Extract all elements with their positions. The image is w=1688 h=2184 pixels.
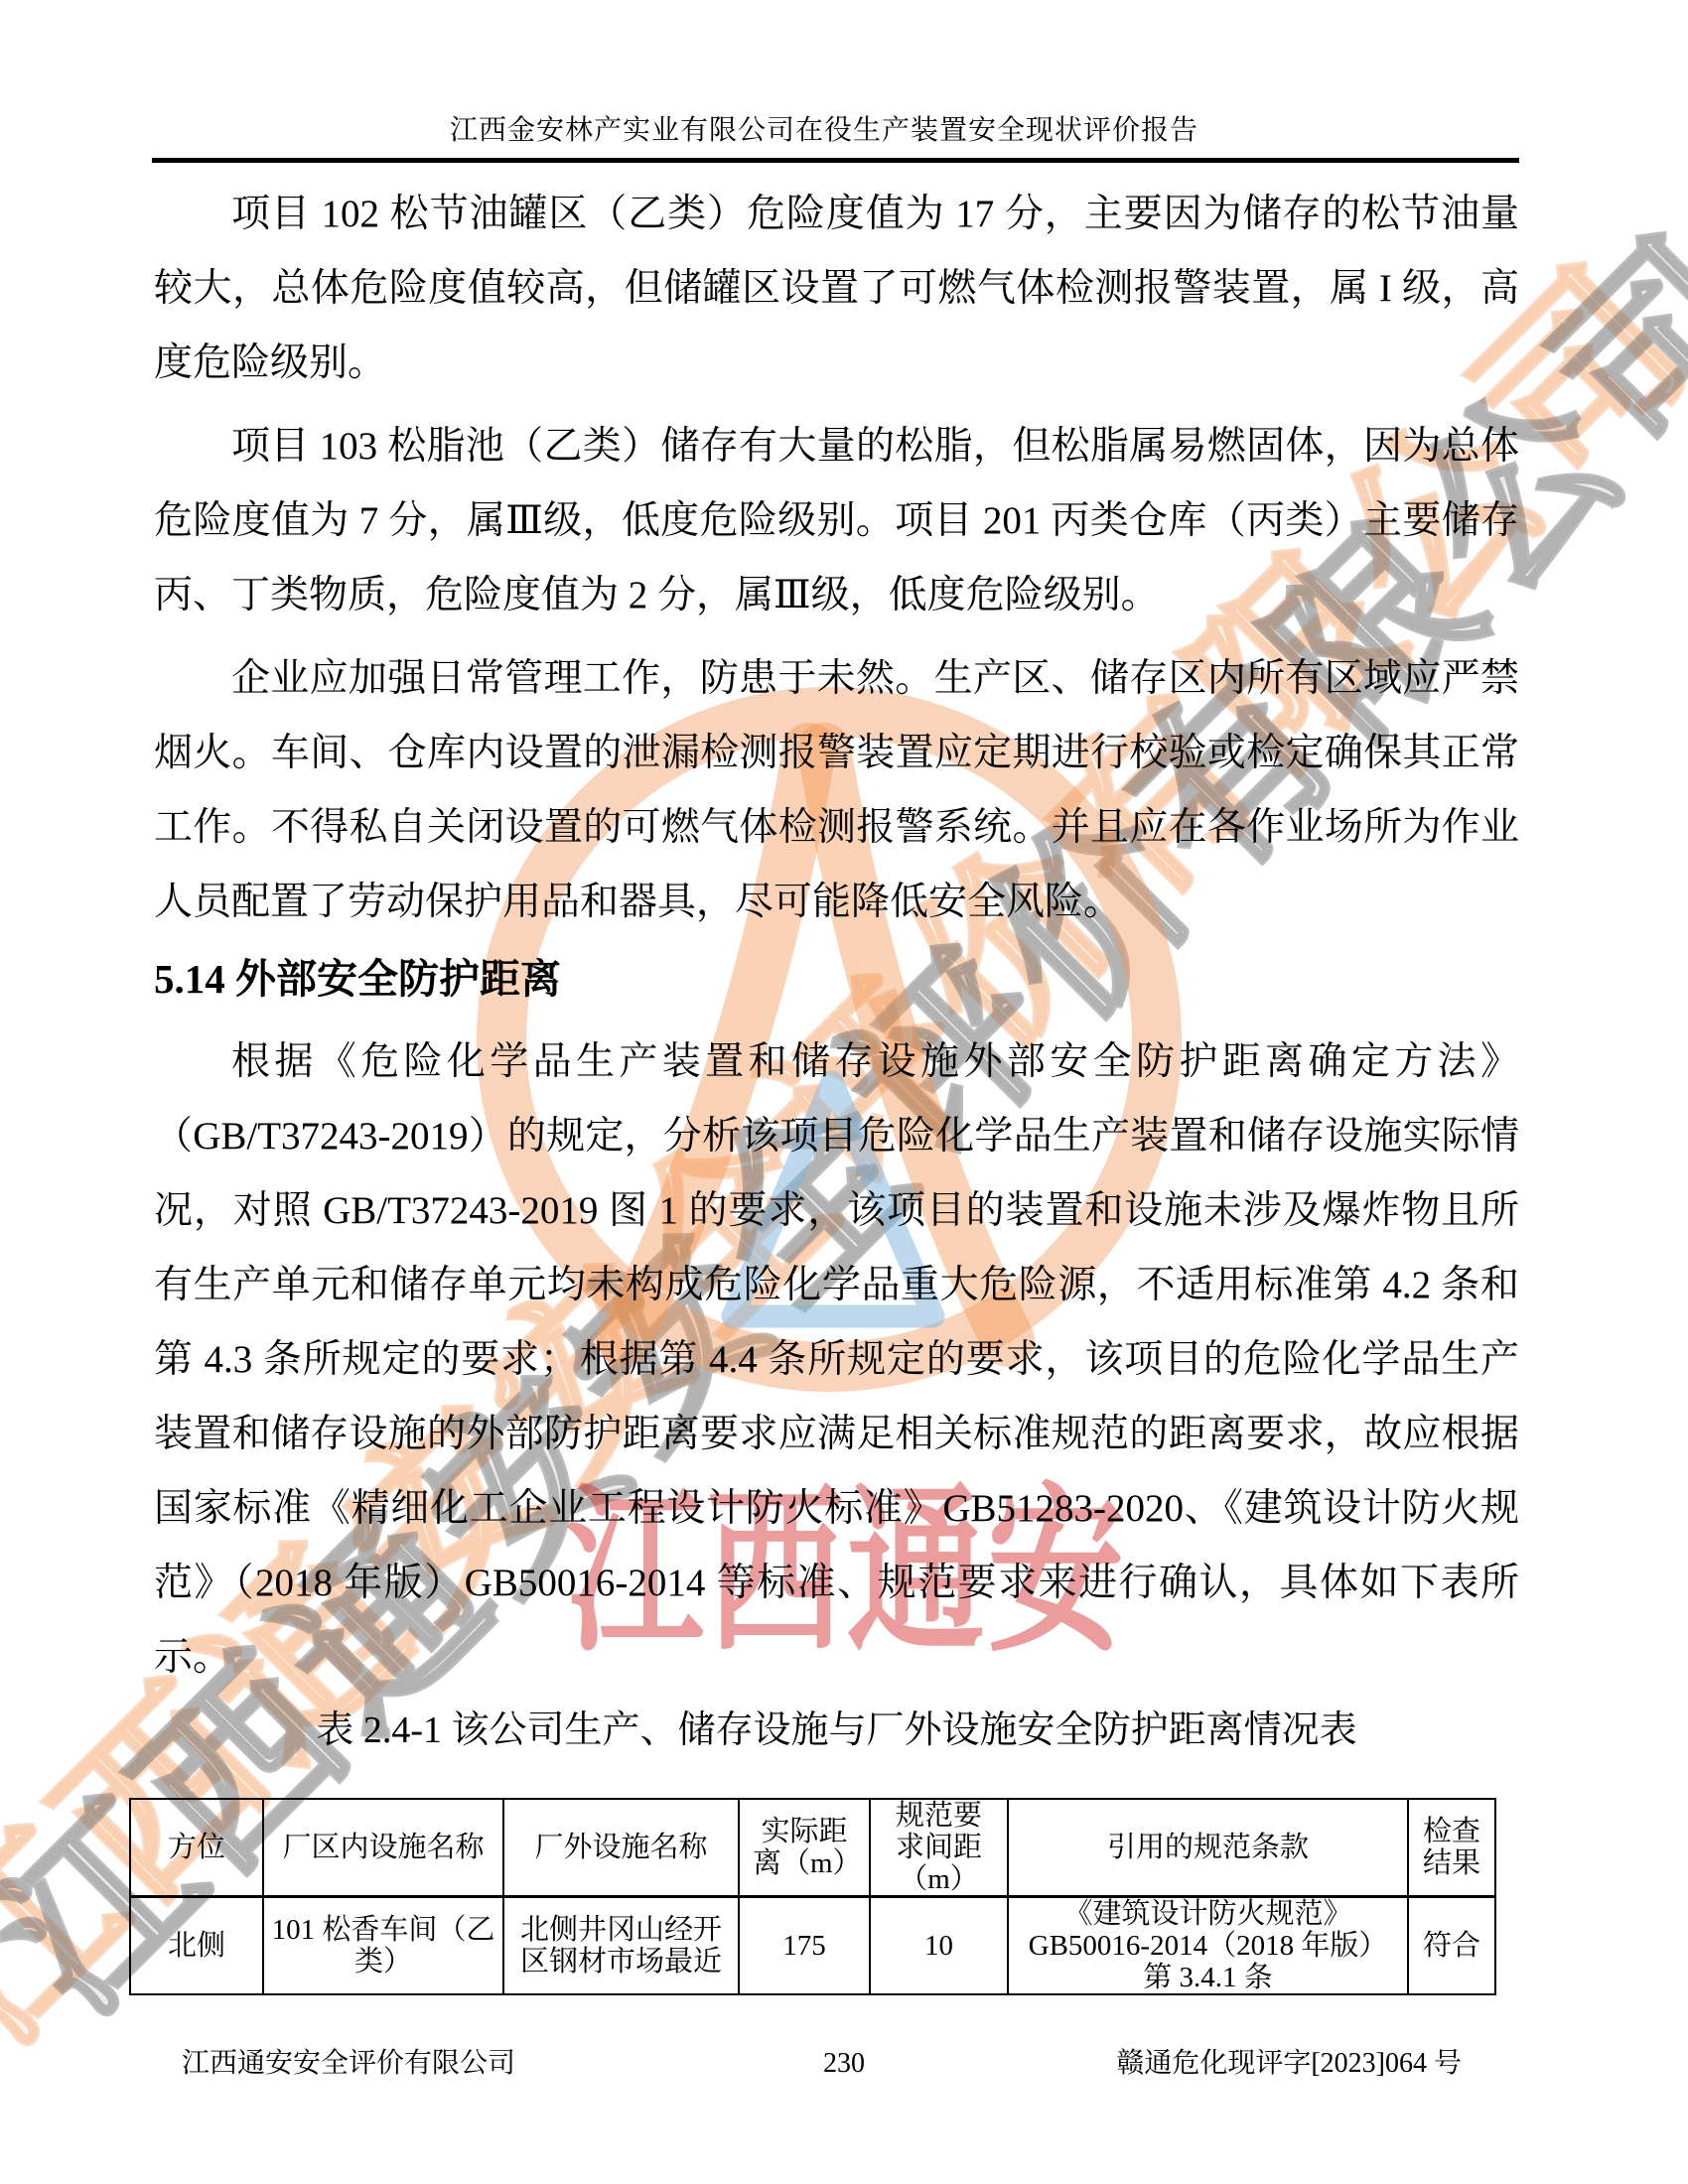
table-cell-required-distance: 10: [870, 1897, 1008, 1995]
table-header-row: 方位 厂区内设施名称 厂外设施名称 实际距离（m） 规范要求间距（m） 引用的规…: [130, 1799, 1495, 1897]
body-paragraph: 项目 103 松脂池（乙类）储存有大量的松脂，但松脂属易燃固体，因为总体危险度值…: [154, 409, 1519, 632]
body-paragraph: 项目 102 松节油罐区（乙类）危险度值为 17 分，主要因为储存的松节油量较大…: [154, 177, 1519, 400]
section-paragraph: 根据《危险化学品生产装置和储存设施外部安全防护距离确定方法》（GB/T37243…: [154, 1024, 1519, 1695]
table-cell-cited-standard: 《建筑设计防火规范》GB50016-2014（2018 年版）第 3.4.1 条: [1008, 1897, 1408, 1995]
table-cell-outside-facility: 北侧井冈山经开区钢材市场最近: [503, 1897, 739, 1995]
table-cell-check-result: 符合: [1408, 1897, 1495, 1995]
table-header-cell: 检查结果: [1408, 1799, 1495, 1897]
table-header-cell: 厂外设施名称: [503, 1799, 739, 1897]
body-paragraph: 企业应加强日常管理工作，防患于未然。生产区、储存区内所有区域应严禁烟火。车间、仓…: [154, 641, 1519, 939]
table-header-cell: 方位: [130, 1799, 263, 1897]
table-header-cell: 实际距离（m）: [739, 1799, 870, 1897]
table-header-cell: 引用的规范条款: [1008, 1799, 1408, 1897]
report-header-title: 江西金安林产实业有限公司在役生产装置安全现状评价报告: [127, 113, 1521, 149]
table-caption: 表 2.4-1 该公司生产、储存设施与厂外设施安全防护距离情况表: [154, 1701, 1519, 1760]
page-content: 江西金安林产实业有限公司在役生产装置安全现状评价报告 项目 102 松节油罐区（…: [0, 0, 1688, 2184]
table-cell-direction: 北侧: [130, 1897, 263, 1995]
table-cell-inside-facility: 101 松香车间（乙类）: [263, 1897, 503, 1995]
body-text-block: 项目 102 松节油罐区（乙类）危险度值为 17 分，主要因为储存的松节油量较大…: [154, 177, 1519, 1995]
table-row: 北侧 101 松香车间（乙类） 北侧井冈山经开区钢材市场最近 175 10 《建…: [130, 1897, 1495, 1995]
safety-distance-table: 方位 厂区内设施名称 厂外设施名称 实际距离（m） 规范要求间距（m） 引用的规…: [129, 1798, 1496, 1995]
report-page: 江西通安安全评价有限公司 江西通安安全评价有限公司 江西通安 江西金安林产实业有…: [0, 0, 1688, 2184]
table-cell-actual-distance: 175: [739, 1897, 870, 1995]
table-header-cell: 规范要求间距（m）: [870, 1799, 1008, 1897]
footer-doc-number: 赣通危化现评字[2023]064 号: [1116, 2047, 1462, 2081]
section-heading: 5.14 外部安全防护距离: [154, 942, 1519, 1017]
table-header-cell: 厂区内设施名称: [263, 1799, 503, 1897]
header-divider: [152, 158, 1519, 163]
